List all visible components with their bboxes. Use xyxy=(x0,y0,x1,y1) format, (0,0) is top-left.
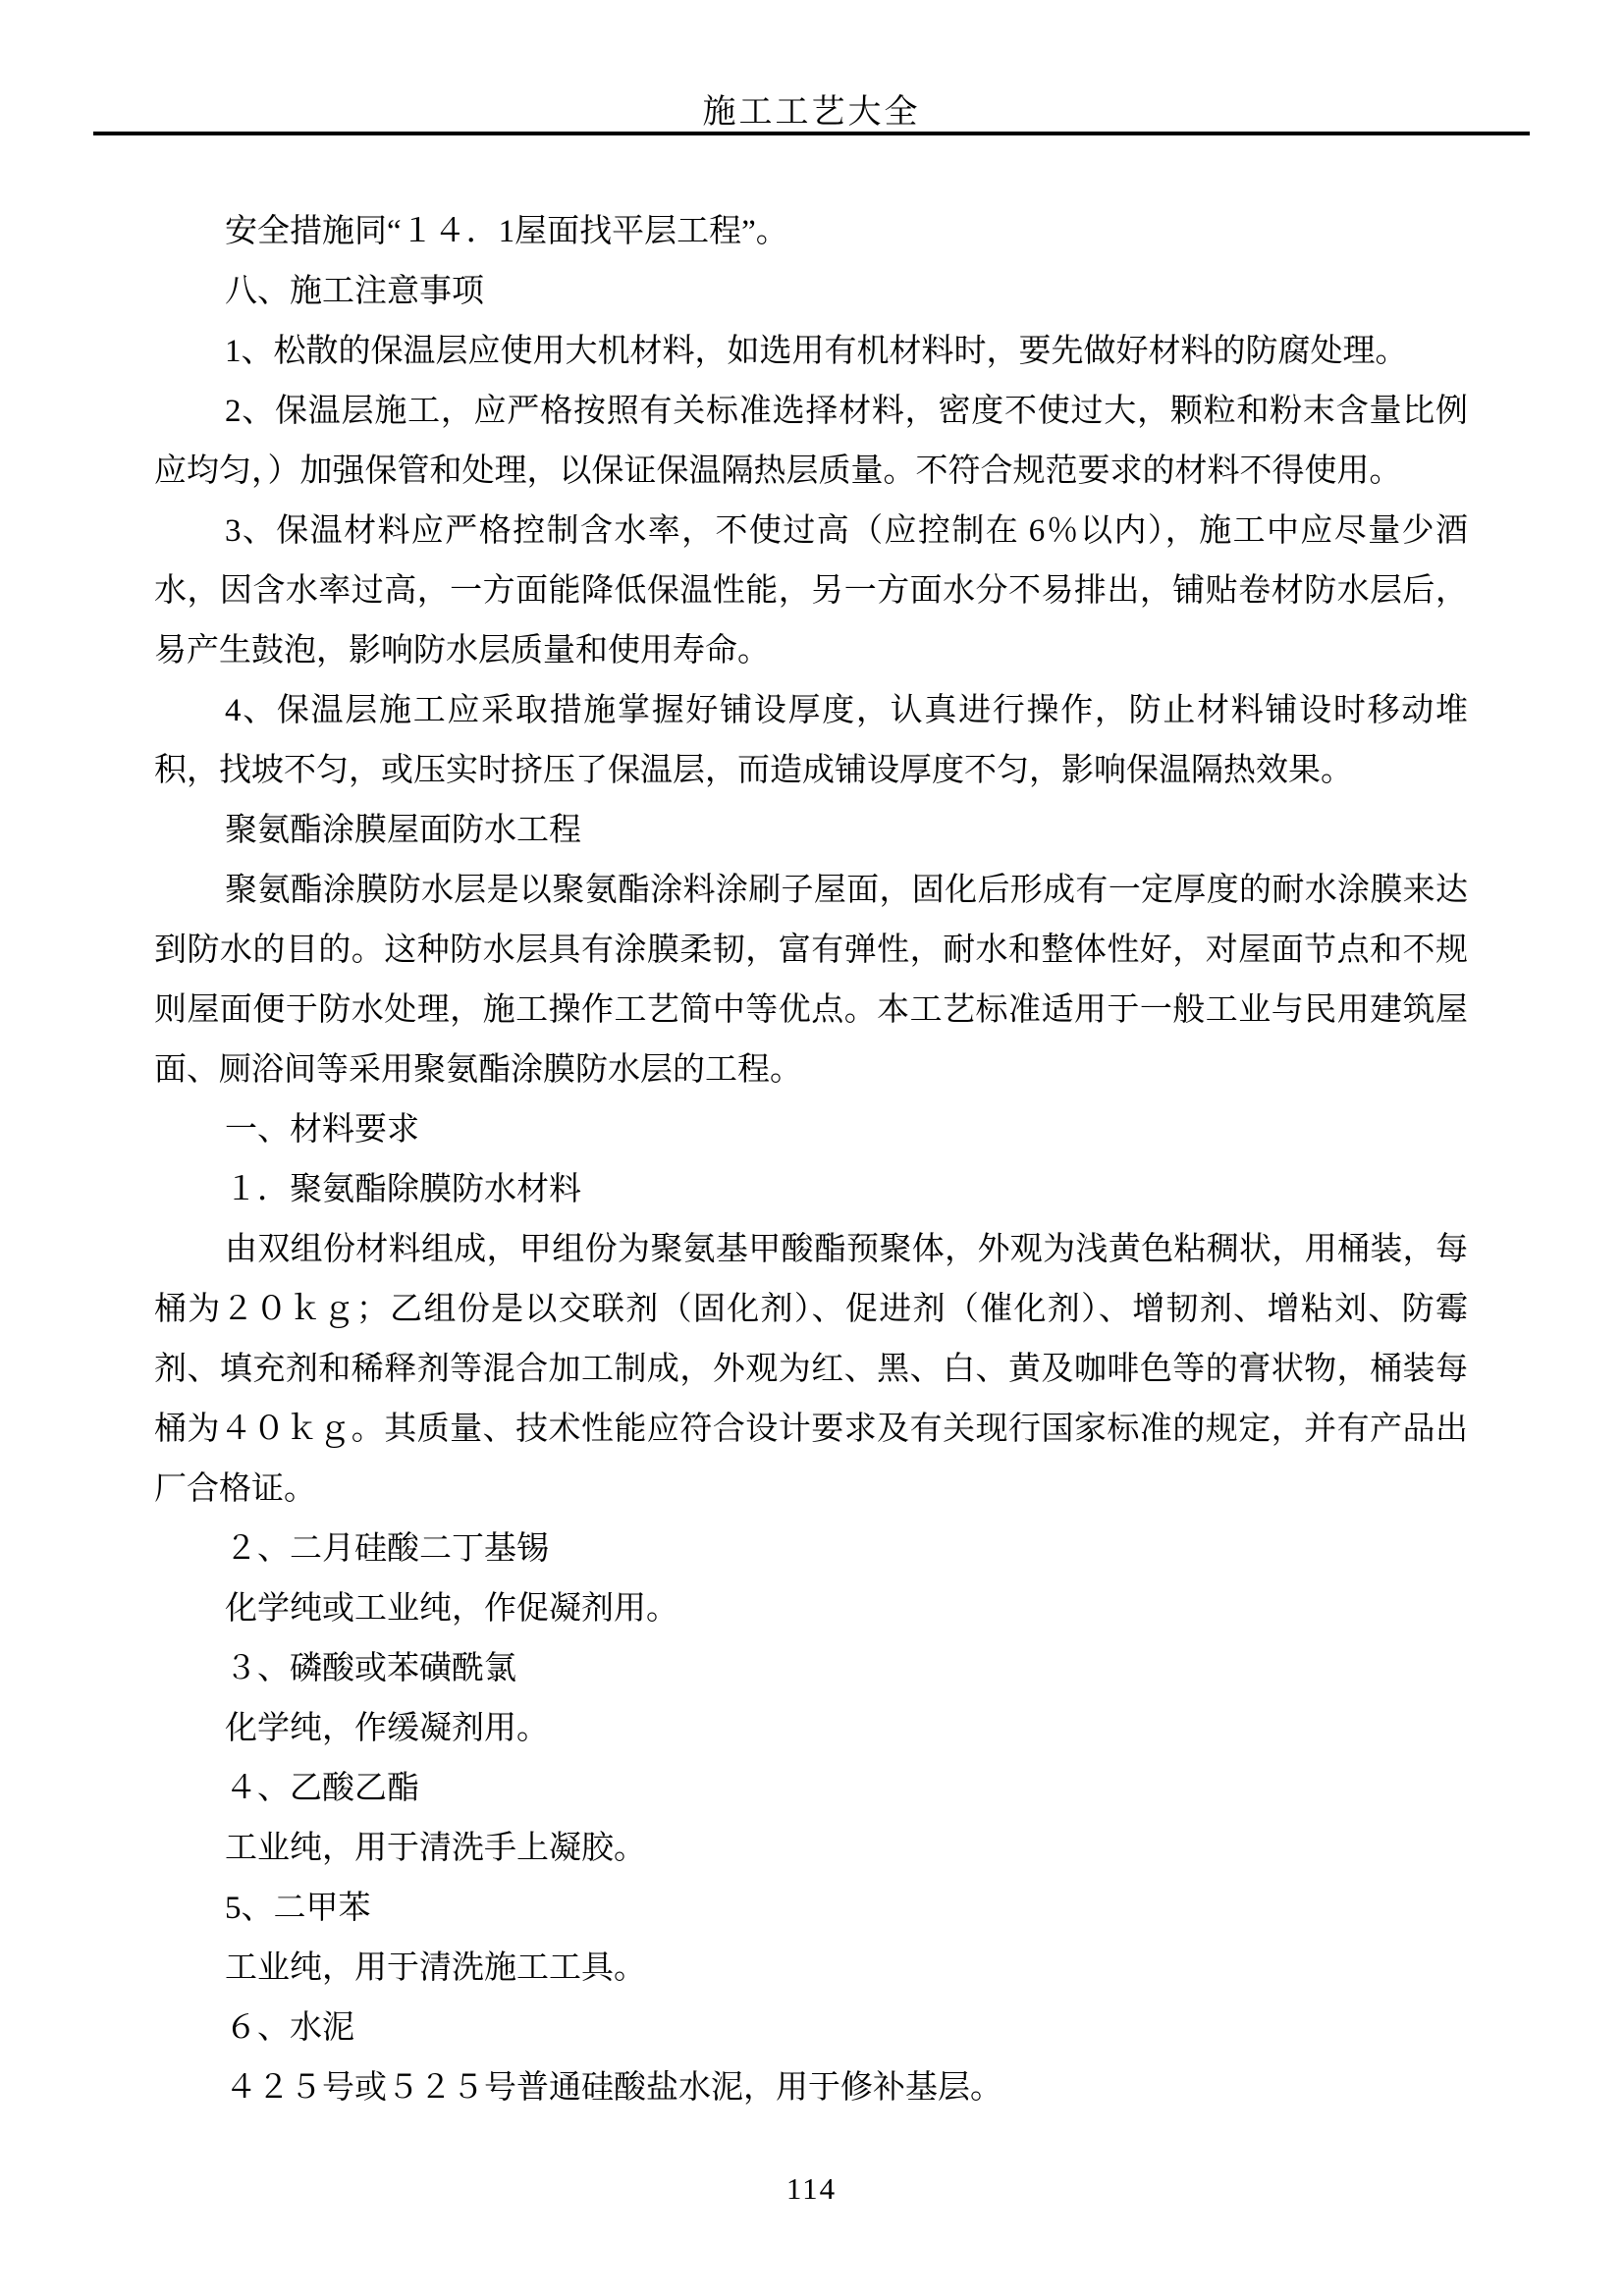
paragraph: ３、磷酸或苯磺酰氯 xyxy=(154,1639,1468,1699)
paragraph: ４、乙酸乙酯 xyxy=(154,1759,1468,1819)
paragraph: 化学纯或工业纯，作促凝剂用。 xyxy=(154,1579,1468,1639)
paragraph: 安全措施同“１４．1屋面找平层工程”。 xyxy=(154,202,1468,262)
paragraph: 由双组份材料组成，甲组份为聚氨基甲酸酯预聚体，外观为浅黄色粘稠状，用桶装，每桶为… xyxy=(154,1220,1468,1520)
paragraph: 聚氨酯涂膜屋面防水工程 xyxy=(154,801,1468,861)
paragraph: 八、施工注意事项 xyxy=(154,262,1468,322)
paragraph: 4、保温层施工应采取措施掌握好铺设厚度，认真进行操作，防止材料铺设时移动堆积，找… xyxy=(154,681,1468,801)
header-divider-line xyxy=(93,132,1530,135)
document-body: 安全措施同“１４．1屋面找平层工程”。八、施工注意事项1、松散的保温层应使用大机… xyxy=(154,202,1468,2118)
paragraph: 2、保温层施工，应严格按照有关标准选择材料，密度不使过大，颗粒和粉末含量比例应均… xyxy=(154,382,1468,502)
footer-page-number: 114 xyxy=(0,2171,1623,2207)
paragraph: 工业纯，用于清洗施工工具。 xyxy=(154,1939,1468,1999)
paragraph: １．聚氨酯除膜防水材料 xyxy=(154,1160,1468,1220)
paragraph: 化学纯，作缓凝剂用。 xyxy=(154,1699,1468,1759)
page-header-title: 施工工艺大全 xyxy=(0,84,1623,133)
paragraph: 工业纯，用于清洗手上凝胶。 xyxy=(154,1819,1468,1879)
paragraph: 3、保温材料应严格控制含水率，不使过高（应控制在 6％以内），施工中应尽量少酒水… xyxy=(154,502,1468,681)
paragraph: ２、二月硅酸二丁基锡 xyxy=(154,1520,1468,1579)
paragraph: 1、松散的保温层应使用大机材料，如选用有机材料时，要先做好材料的防腐处理。 xyxy=(154,322,1468,382)
paragraph: 5、二甲苯 xyxy=(154,1879,1468,1939)
paragraph: 聚氨酯涂膜防水层是以聚氨酯涂料涂刷子屋面，固化后形成有一定厚度的耐水涂膜来达到防… xyxy=(154,861,1468,1100)
document-page: 施工工艺大全 安全措施同“１４．1屋面找平层工程”。八、施工注意事项1、松散的保… xyxy=(0,0,1623,2296)
paragraph: 一、材料要求 xyxy=(154,1100,1468,1160)
paragraph: ４２５号或５２５号普通硅酸盐水泥，用于修补基层。 xyxy=(154,2058,1468,2118)
paragraph: ６、水泥 xyxy=(154,1999,1468,2058)
